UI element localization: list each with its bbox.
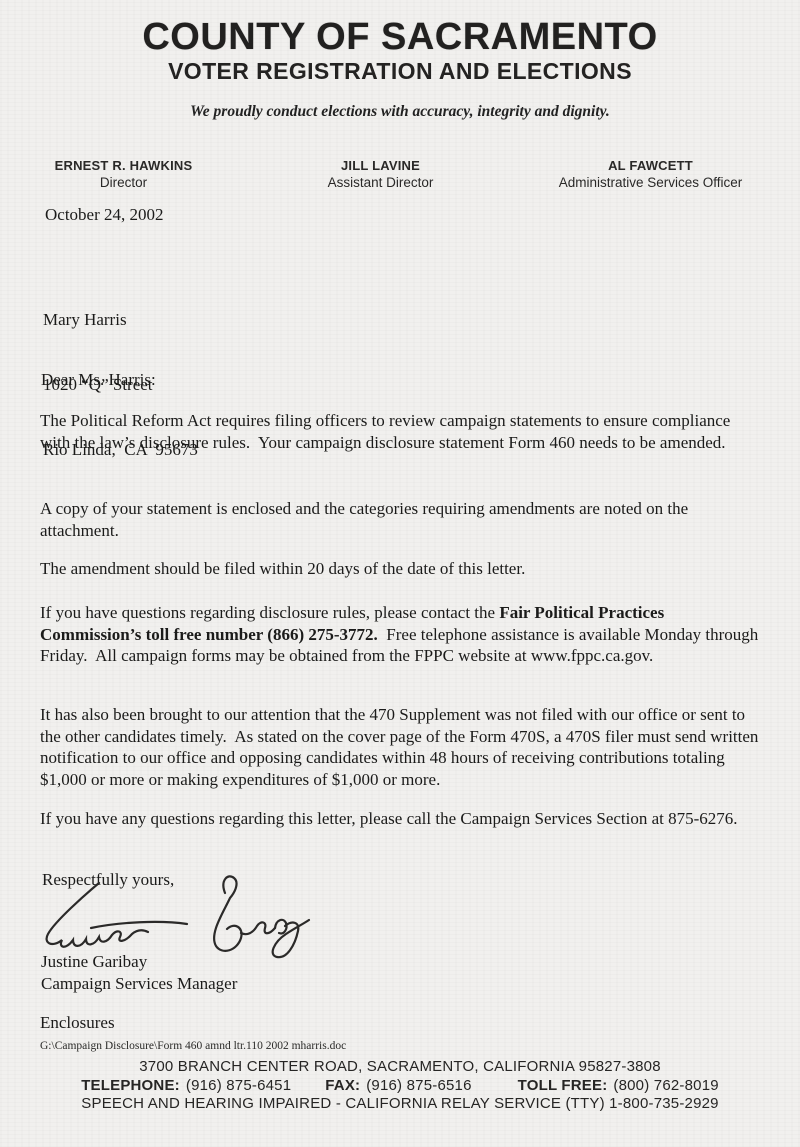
official-admin-services: AL FAWCETT Administrative Services Offic… bbox=[533, 157, 768, 191]
paragraph-copy-enclosed: A copy of your statement is enclosed and… bbox=[40, 498, 759, 541]
paragraph-questions: If you have any questions regarding this… bbox=[40, 808, 759, 830]
official-title: Director bbox=[26, 174, 221, 191]
tollfree-number: (800) 762-8019 bbox=[613, 1077, 718, 1094]
fax-number: (916) 875-6516 bbox=[366, 1077, 471, 1094]
scanned-letter-page: COUNTY OF SACRAMENTO VOTER REGISTRATION … bbox=[0, 0, 800, 1147]
signer-title: Campaign Services Manager bbox=[41, 973, 237, 995]
telephone-number: (916) 875-6451 bbox=[186, 1077, 291, 1094]
letterhead-subtitle: VOTER REGISTRATION AND ELECTIONS bbox=[0, 58, 800, 85]
official-title: Administrative Services Officer bbox=[533, 174, 768, 191]
official-assistant-director: JILL LAVINE Assistant Director bbox=[288, 157, 473, 191]
footer-tty-line: SPEECH AND HEARING IMPAIRED - CALIFORNIA… bbox=[0, 1095, 800, 1112]
letterhead-title: COUNTY OF SACRAMENTO bbox=[0, 16, 800, 59]
enclosures-note: Enclosures bbox=[40, 1012, 115, 1034]
fax-label: FAX: bbox=[325, 1077, 360, 1094]
recipient-name: Mary Harris bbox=[43, 309, 198, 331]
signer-name: Justine Garibay bbox=[41, 951, 147, 973]
fppc-text-pre: If you have questions regarding disclosu… bbox=[40, 603, 499, 622]
paragraph-fppc-contact: If you have questions regarding disclosu… bbox=[40, 602, 759, 667]
telephone-label: TELEPHONE: bbox=[81, 1077, 180, 1094]
footer-phone-line: TELEPHONE:(916) 875-6451FAX:(916) 875-65… bbox=[0, 1077, 800, 1094]
letter-date: October 24, 2002 bbox=[45, 204, 164, 226]
paragraph-reform-act: The Political Reform Act requires filing… bbox=[40, 410, 759, 453]
salutation: Dear Ms. Harris: bbox=[41, 369, 156, 391]
paragraph-amendment-deadline: The amendment should be filed within 20 … bbox=[40, 558, 759, 580]
letterhead-tagline: We proudly conduct elections with accura… bbox=[0, 103, 800, 121]
official-name: ERNEST R. HAWKINS bbox=[26, 157, 221, 174]
official-title: Assistant Director bbox=[288, 174, 473, 191]
official-name: AL FAWCETT bbox=[533, 157, 768, 174]
footer-address: 3700 BRANCH CENTER ROAD, SACRAMENTO, CAL… bbox=[0, 1058, 800, 1075]
official-name: JILL LAVINE bbox=[288, 157, 473, 174]
file-reference: G:\Campaign Disclosure\Form 460 amnd ltr… bbox=[40, 1040, 346, 1052]
official-director: ERNEST R. HAWKINS Director bbox=[26, 157, 221, 191]
paragraph-470-supplement: It has also been brought to our attentio… bbox=[40, 704, 759, 790]
tollfree-label: TOLL FREE: bbox=[518, 1077, 608, 1094]
